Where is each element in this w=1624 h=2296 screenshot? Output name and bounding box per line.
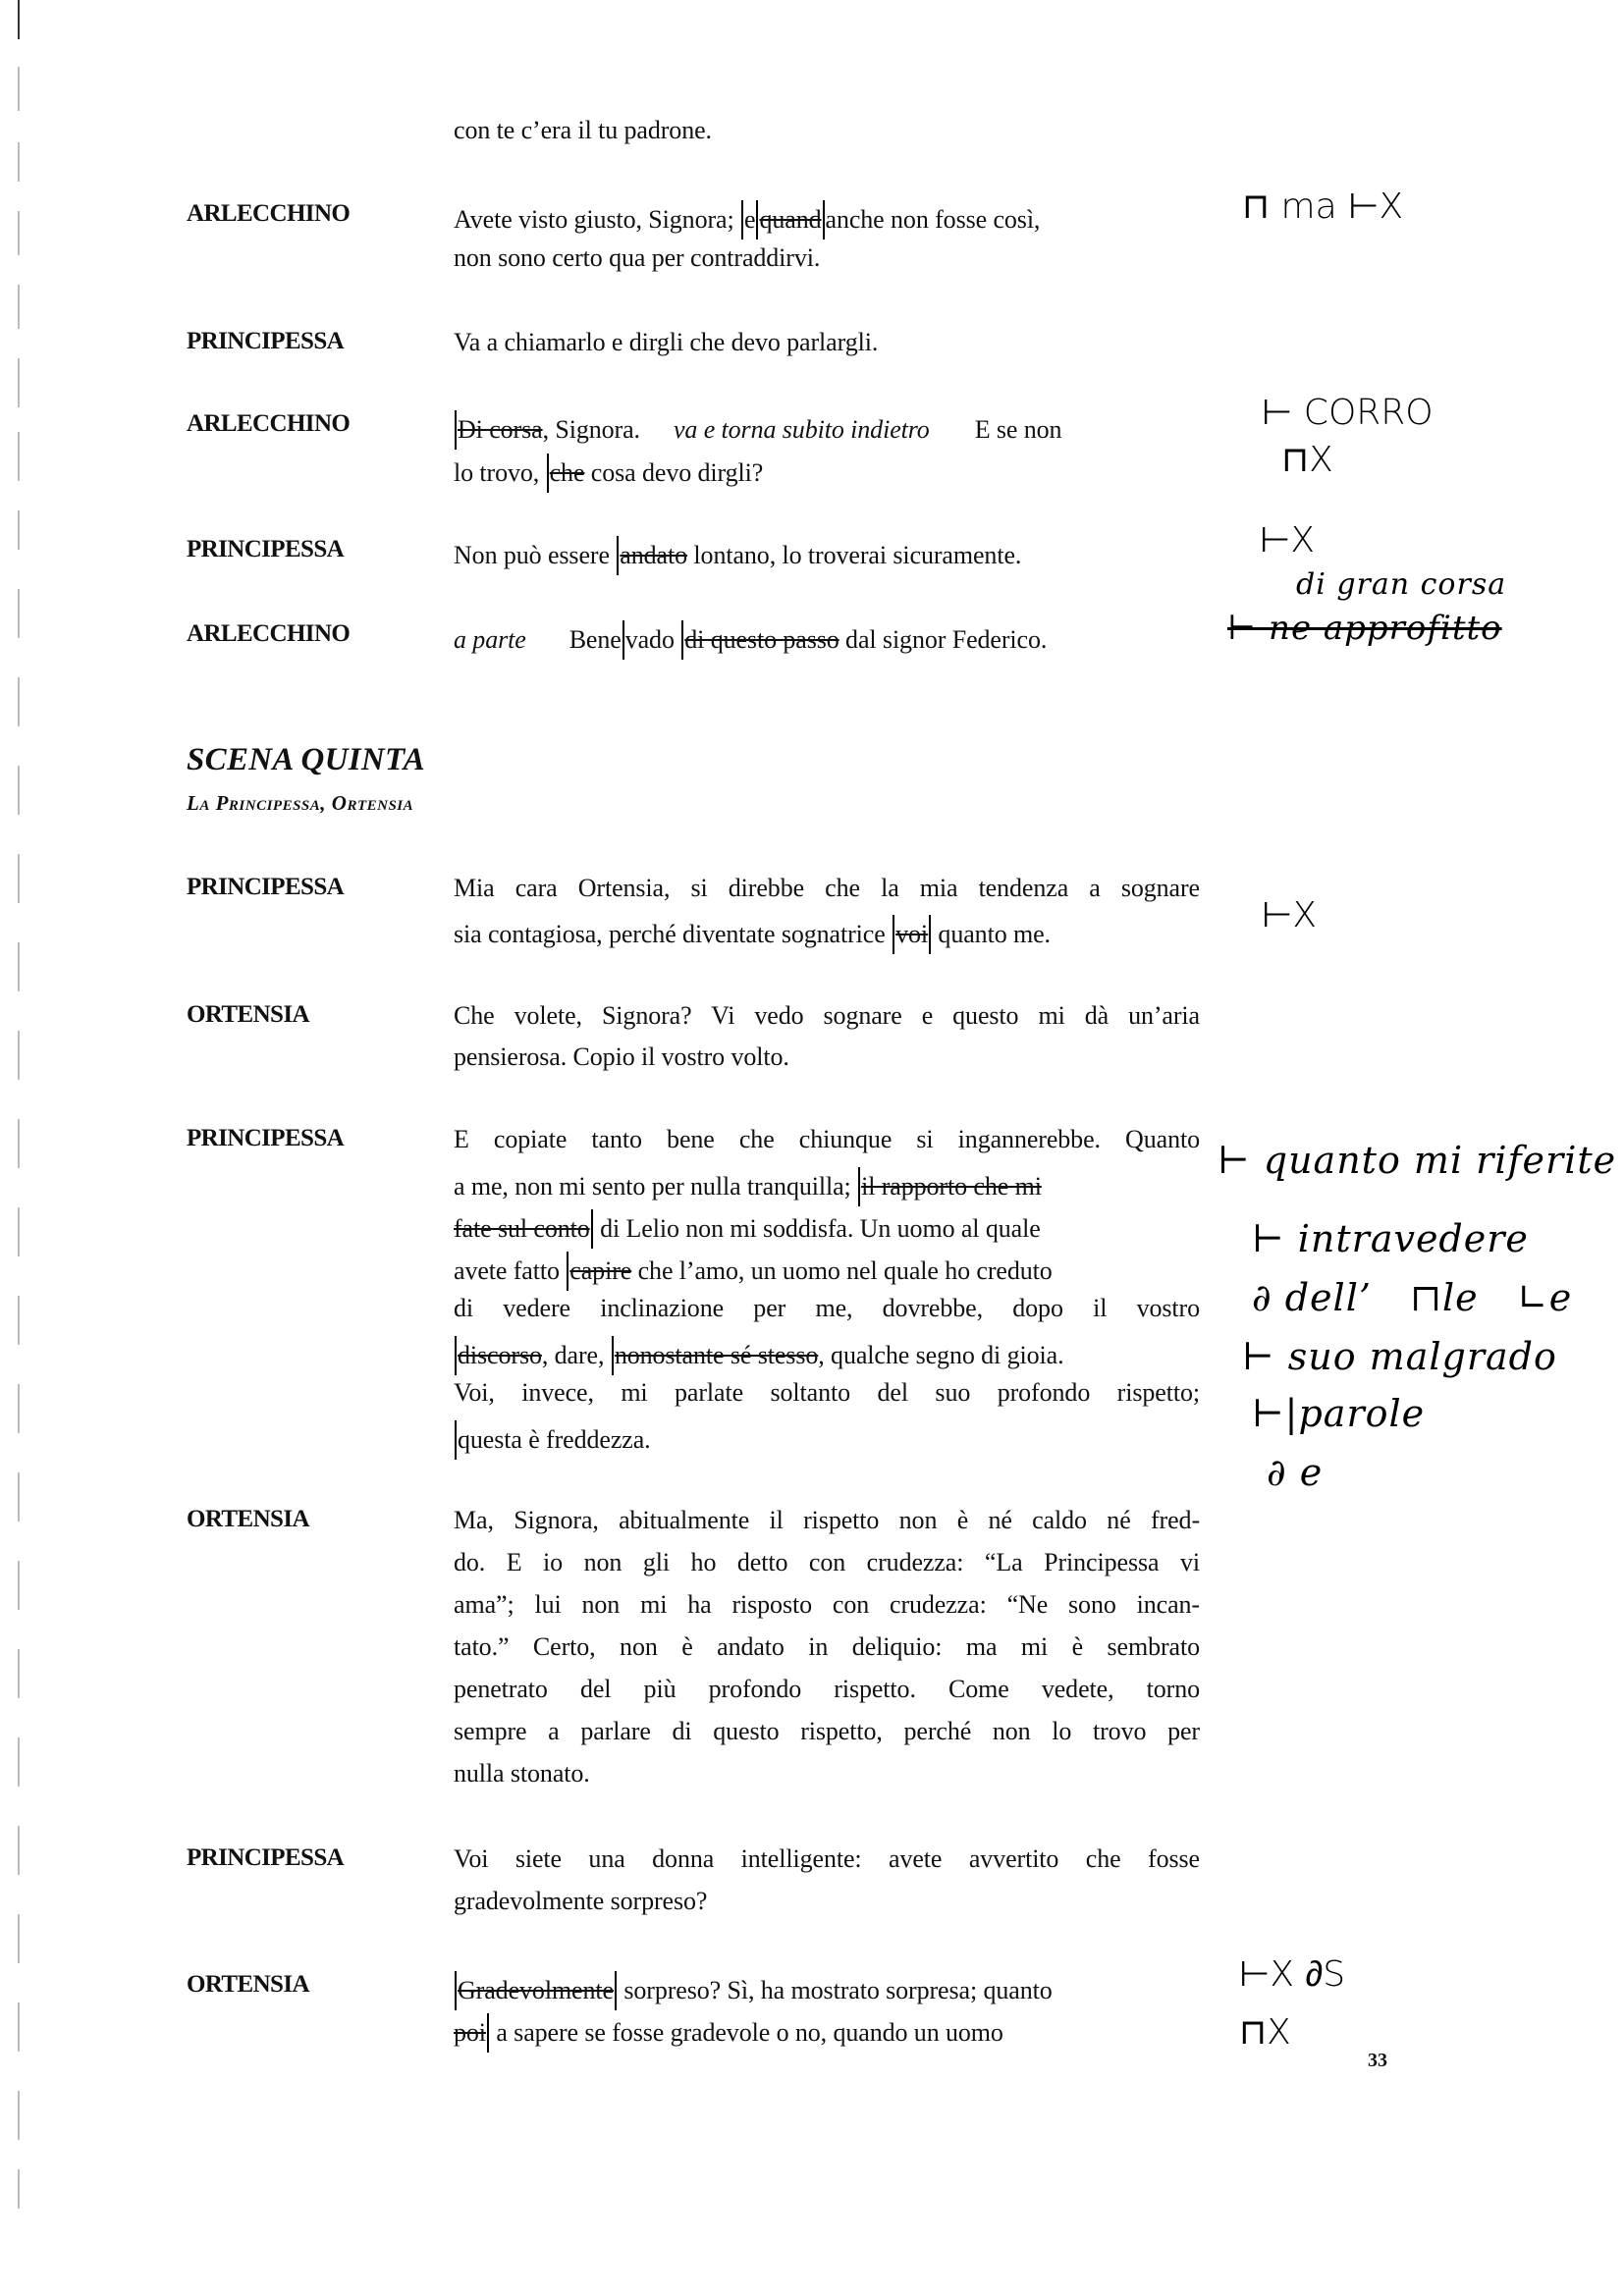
edit-mark — [591, 1209, 593, 1249]
edit-mark — [617, 536, 619, 575]
text-segment: Non può essere — [454, 541, 616, 569]
struck-text: voi — [895, 920, 928, 948]
handwritten-annotation: ⊢ ne approfitto — [1227, 609, 1502, 648]
dialogue-line: do. E io non gli ho detto con crudezza: … — [454, 1548, 1200, 1577]
scan-margin-artifacts — [18, 0, 47, 2296]
handwritten-annotation: ⊢X — [1262, 895, 1317, 935]
edit-mark — [893, 915, 894, 954]
dialogue-line: lo trovo, che cosa devo dirgli? — [454, 454, 763, 493]
struck-text: andato — [620, 541, 687, 569]
handwritten-annotation: ⊢X ∂S — [1239, 1953, 1345, 1995]
text-segment: sia contagiosa, perché diventate sognatr… — [454, 920, 892, 948]
struck-text: discorso — [458, 1341, 542, 1369]
struck-text: Di corsa — [458, 415, 543, 444]
text-segment: a sapere se fosse gradevole o no, quando… — [490, 2018, 1003, 2047]
dialogue-line: avete fatto capire che l’amo, un uomo ne… — [454, 1252, 1053, 1291]
handwritten-annotation: ⊓X — [1281, 440, 1333, 480]
text-segment: , dare, — [542, 1341, 611, 1369]
speaker-arlecchino: ARLECCHINO — [187, 620, 350, 648]
dialogue-line: a me, non mi sento per nulla tranquilla;… — [454, 1167, 1042, 1206]
speaker-ortensia: ORTENSIA — [187, 1971, 309, 1999]
text-segment: dal signor Federico. — [839, 625, 1048, 654]
edit-mark — [455, 410, 457, 450]
speaker-principessa: PRINCIPESSA — [187, 874, 344, 901]
speaker-principessa: PRINCIPESSA — [187, 1125, 344, 1152]
dialogue-line: non sono certo qua per contraddirvi. — [454, 243, 820, 273]
dialogue-line: poi a sapere se fosse gradevole o no, qu… — [454, 2013, 1003, 2053]
edit-mark — [612, 1336, 614, 1375]
dialogue-line: Gradevolmente sorpreso? Sì, ha mostrato … — [454, 1971, 1053, 2010]
handwritten-annotation: di gran corsa — [1296, 567, 1506, 602]
dialogue-line: Non può essere andato lontano, lo trover… — [454, 536, 1021, 575]
dialogue-line: Avete visto giusto, Signora; equandanche… — [454, 200, 1040, 240]
text-segment: anche non fosse così, — [826, 205, 1041, 234]
struck-text: Gradevolmente — [458, 1976, 614, 2004]
edit-mark — [567, 1252, 568, 1291]
dialogue-line: questa è freddezza. — [454, 1420, 651, 1460]
text-segment: , qualche segno di gioia. — [818, 1341, 1063, 1369]
edit-mark — [615, 1971, 617, 2010]
stage-direction: a parte — [454, 625, 526, 654]
text-segment: lontano, lo troverai sicuramente. — [687, 541, 1021, 569]
text-segment: avete fatto — [454, 1256, 566, 1285]
dialogue-line: penetrato del più profondo rispetto. Com… — [454, 1675, 1200, 1704]
edit-mark — [487, 2013, 489, 2053]
dialogue-continuation: con te c’era il tu padrone. — [454, 116, 712, 145]
dialogue-line: ama”; lui non mi ha risposto con crudezz… — [454, 1590, 1200, 1620]
dialogue-line: Di corsa, Signora.va e torna subito indi… — [454, 410, 1061, 450]
scene-title: SCENA QUINTA — [187, 742, 425, 778]
text-segment: e — [744, 205, 755, 234]
text-segment: , Signora. — [543, 415, 640, 444]
edit-mark — [929, 915, 931, 954]
dialogue-line: gradevolmente sorpreso? — [454, 1887, 707, 1916]
dialogue-line: fate sul conto di Lelio non mi soddisfa.… — [454, 1209, 1041, 1249]
speaker-ortensia: ORTENSIA — [187, 1506, 309, 1533]
stage-direction: va e torna subito indietro — [674, 415, 930, 444]
struck-text: capire — [569, 1256, 631, 1285]
handwritten-annotation: ⊓X — [1239, 2012, 1291, 2053]
continuation-text: con te c’era il tu padrone. — [454, 116, 712, 144]
edit-mark — [623, 620, 624, 660]
scene-characters: La Principessa, Ortensia — [187, 791, 413, 816]
struck-text: quand — [759, 205, 821, 234]
text-segment: cosa devo dirgli? — [584, 458, 763, 487]
handwritten-annotation: ⊢ CORRO — [1262, 393, 1434, 433]
dialogue-line: sempre a parlare di questo rispetto, per… — [454, 1717, 1200, 1746]
text-segment: vado — [625, 625, 681, 654]
page-number: 33 — [1368, 2050, 1387, 2072]
handwritten-annotation: ∂ e — [1267, 1451, 1323, 1494]
edit-mark — [823, 200, 825, 240]
text-segment: sorpreso? Sì, ha mostrato sorpresa; quan… — [618, 1976, 1053, 2004]
handwritten-annotation: ⊢ suo malgrado — [1242, 1335, 1557, 1378]
edit-mark — [858, 1167, 860, 1206]
edit-mark — [455, 1971, 457, 2010]
handwritten-annotation: ⊓ ma ⊢X — [1242, 187, 1403, 227]
dialogue-line: E copiate tanto bene che chiunque si ing… — [454, 1125, 1200, 1154]
text-segment: che l’amo, un uomo nel quale ho creduto — [631, 1256, 1052, 1285]
handwritten-annotation: ⊢ intravedere — [1252, 1217, 1529, 1260]
dialogue-line: a parteBenevado di questo passo dal sign… — [454, 620, 1047, 660]
speaker-principessa: PRINCIPESSA — [187, 536, 344, 563]
text-segment: quanto me. — [932, 920, 1051, 948]
text-segment: Avete visto giusto, Signora; — [454, 205, 740, 234]
struck-text: fate sul conto — [454, 1214, 590, 1243]
speaker-principessa: PRINCIPESSA — [187, 1844, 344, 1872]
struck-text: poi — [454, 2018, 486, 2047]
struck-text: che — [550, 458, 585, 487]
dialogue-line: Che volete, Signora? Vi vedo sognare e q… — [454, 1001, 1200, 1031]
speaker-arlecchino: ARLECCHINO — [187, 410, 350, 438]
edit-mark — [455, 1420, 457, 1460]
dialogue-line: sia contagiosa, perché diventate sognatr… — [454, 915, 1051, 954]
text-segment: Bene — [569, 625, 622, 654]
dialogue-line: di vedere inclinazione per me, dovrebbe,… — [454, 1294, 1200, 1323]
speaker-principessa: PRINCIPESSA — [187, 328, 344, 355]
edit-mark — [741, 200, 743, 240]
handwritten-annotation: ⊢X — [1260, 520, 1315, 561]
dialogue-line: Ma, Signora, abitualmente il rispetto no… — [454, 1506, 1200, 1535]
struck-text: nonostante sé stesso — [615, 1341, 818, 1369]
handwritten-annotation: ⊢ quanto mi riferite — [1218, 1139, 1616, 1182]
dialogue-line: Voi siete una donna intelligente: avete … — [454, 1844, 1200, 1874]
text-segment: E se non — [975, 415, 1062, 444]
dialogue-line: discorso, dare, nonostante sé stesso, qu… — [454, 1336, 1063, 1375]
speaker-ortensia: ORTENSIA — [187, 1001, 309, 1029]
text-segment: di Lelio non mi soddisfa. Un uomo al qua… — [594, 1214, 1041, 1243]
struck-text: di questo passo — [684, 625, 839, 654]
handwritten-annotation: ∂ dell’ ⊓le ∟e — [1252, 1276, 1572, 1319]
handwritten-annotation: ⊢|parole — [1252, 1392, 1425, 1435]
dialogue-line: Mia cara Ortensia, si direbbe che la mia… — [454, 874, 1200, 903]
dialogue-line: Va a chiamarlo e dirgli che devo parlarg… — [454, 328, 878, 357]
dialogue-line: tato.” Certo, non è andato in deliquio: … — [454, 1632, 1200, 1662]
text-segment: a me, non mi sento per nulla tranquilla; — [454, 1172, 857, 1201]
edit-mark — [681, 620, 683, 660]
text-segment: lo trovo, — [454, 458, 546, 487]
speaker-arlecchino: ARLECCHINO — [187, 200, 350, 228]
dialogue-line: Voi, invece, mi parlate soltanto del suo… — [454, 1378, 1200, 1408]
dialogue-line: nulla stonato. — [454, 1759, 590, 1789]
struck-text: il rapporto che mi — [861, 1172, 1042, 1201]
edit-mark — [547, 454, 549, 493]
dialogue-line: pensierosa. Copio il vostro volto. — [454, 1042, 789, 1072]
edit-mark — [455, 1336, 457, 1375]
text-segment: questa è freddezza. — [458, 1425, 651, 1454]
